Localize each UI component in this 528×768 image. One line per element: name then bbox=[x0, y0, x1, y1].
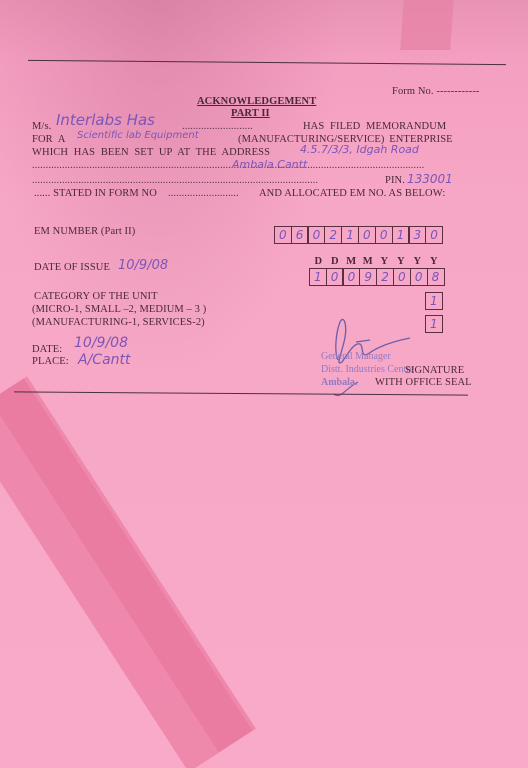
digit-box: 0 bbox=[326, 268, 344, 286]
digit-box: 3 bbox=[408, 226, 426, 244]
digit-box: 0 bbox=[307, 226, 325, 244]
dotted-line: ........................................… bbox=[32, 175, 318, 186]
place-label: PLACE: bbox=[32, 356, 69, 367]
date-of-issue-value: 10/9/08 bbox=[118, 258, 168, 273]
digit-box: 0 bbox=[358, 226, 376, 244]
address-line-1: 4.5.7/3/3, Idgah Road bbox=[300, 143, 419, 156]
em-number-boxes: 0602100130 bbox=[275, 226, 443, 244]
date-format-label: M bbox=[343, 256, 360, 267]
document-subtitle: PART II bbox=[231, 108, 270, 119]
digit-box: 8 bbox=[427, 268, 445, 286]
digit-box: 0 bbox=[342, 268, 360, 286]
category-size-options: (MICRO-1, SMALL –2, MEDIUM – 3 ) bbox=[32, 304, 206, 315]
digit-box: 1 bbox=[392, 226, 410, 244]
digit-box: 0 bbox=[425, 226, 443, 244]
date-format-label: Y bbox=[393, 256, 410, 267]
address-line-2: Ambala Cantt bbox=[232, 158, 307, 171]
has-filed-text: HAS FILED MEMORANDUM bbox=[303, 121, 446, 132]
stated-in-form-label: ...... STATED IN FORM NO bbox=[34, 188, 157, 199]
date-boxes: 10092008 bbox=[310, 268, 445, 286]
digit-box: 6 bbox=[291, 226, 309, 244]
category-label: CATEGORY OF THE UNIT bbox=[34, 291, 158, 302]
date-of-issue-label: DATE OF ISSUE bbox=[34, 262, 110, 273]
signature-label: SIGNATURE bbox=[405, 365, 464, 376]
date-format-label: Y bbox=[426, 256, 443, 267]
pin-value: 133001 bbox=[407, 172, 453, 186]
digit-box: 2 bbox=[324, 226, 342, 244]
date-format-label: Y bbox=[409, 256, 426, 267]
category-size-box: 1 bbox=[426, 292, 443, 310]
digit-box: 9 bbox=[359, 268, 377, 286]
digit-box: 1 bbox=[341, 226, 359, 244]
stamp-line-3: Ambala. bbox=[321, 377, 357, 388]
em-number-label: EM NUMBER (Part II) bbox=[34, 226, 135, 237]
for-a-label: FOR A bbox=[32, 134, 66, 145]
allocated-em-text: AND ALLOCATED EM NO. AS BELOW: bbox=[259, 188, 445, 199]
document-page: Form No. ------------ ACKNOWLEDGEMENT PA… bbox=[0, 0, 528, 768]
digit-box: 1 bbox=[309, 268, 327, 286]
date-value: 10/9/08 bbox=[74, 335, 128, 351]
ms-label: M/s. bbox=[32, 121, 51, 132]
digit-box: 0 bbox=[375, 226, 393, 244]
stamp-line-1: General Manager bbox=[321, 351, 391, 362]
office-seal-label: WITH OFFICE SEAL bbox=[375, 377, 472, 388]
tape-strip-edge bbox=[0, 378, 252, 752]
place-value: A/Cantt bbox=[78, 352, 131, 368]
digit-box: 2 bbox=[376, 268, 394, 286]
top-rule bbox=[28, 60, 506, 65]
document-title: ACKNOWLEDGEMENT bbox=[197, 96, 316, 107]
digit-box: 0 bbox=[393, 268, 411, 286]
category-type-options: (MANUFACTURING-1, SERVICES-2) bbox=[32, 317, 205, 328]
address-label: WHICH HAS BEEN SET UP AT THE ADDRESS bbox=[32, 147, 270, 158]
date-label: DATE: bbox=[32, 344, 62, 355]
date-format-label: D bbox=[310, 256, 327, 267]
digit-box: 0 bbox=[410, 268, 428, 286]
digit-box: 0 bbox=[274, 226, 292, 244]
date-format-label: D bbox=[327, 256, 344, 267]
dots: .......................... bbox=[168, 188, 239, 199]
form-number: Form No. ------------ bbox=[392, 86, 480, 97]
stamp-line-2: Distt. Industries Centre bbox=[321, 364, 414, 375]
date-format-label: M bbox=[360, 256, 377, 267]
category-size-value: 1 bbox=[425, 292, 443, 310]
enterprise-activity: Scientific lab Equipment bbox=[77, 130, 199, 141]
dotted-line: ........................................… bbox=[32, 160, 424, 171]
tape-mark bbox=[400, 0, 453, 50]
firm-name: Interlabs Has bbox=[56, 111, 155, 129]
date-format-labels: DDMMYYYY bbox=[310, 256, 442, 267]
date-format-label: Y bbox=[376, 256, 393, 267]
pin-label: PIN. bbox=[385, 175, 405, 186]
